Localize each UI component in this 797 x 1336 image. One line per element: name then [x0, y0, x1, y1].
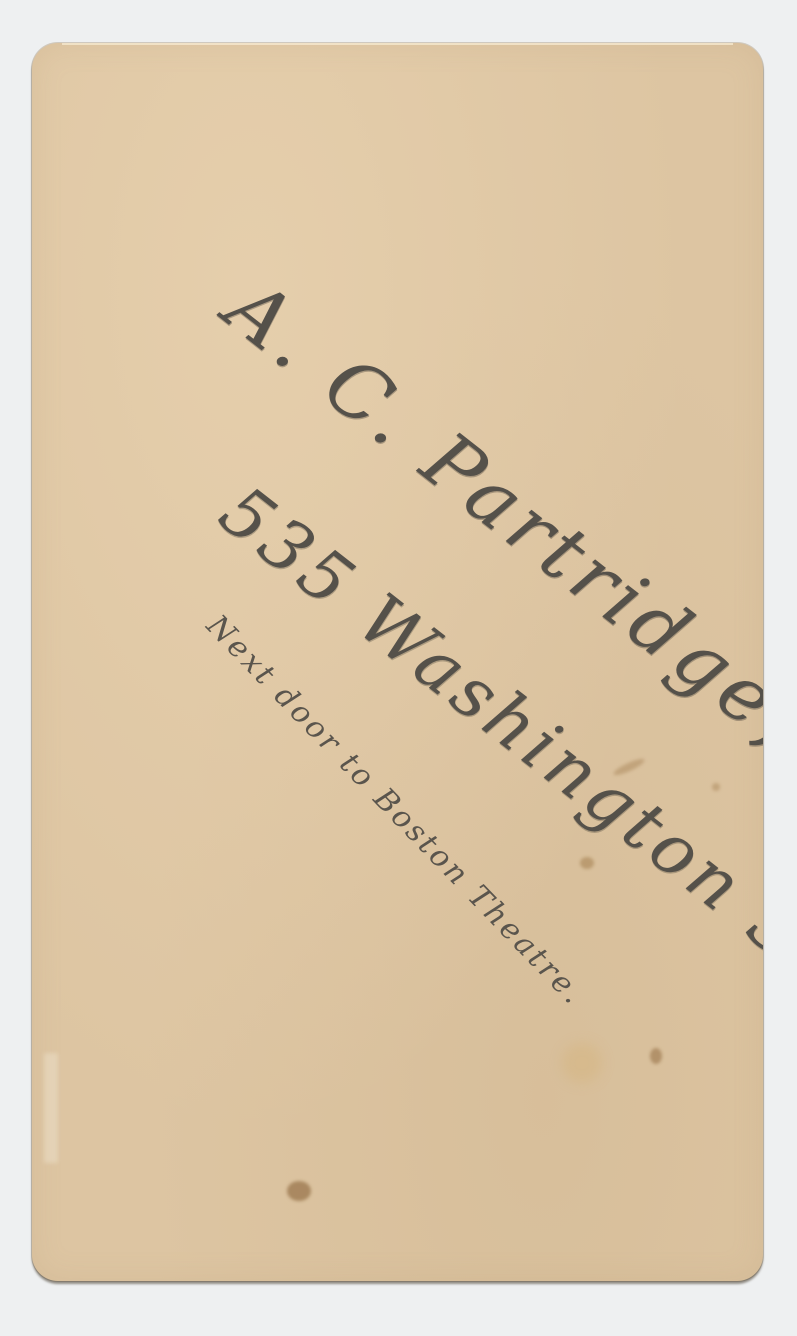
discoloration: [562, 1043, 602, 1083]
foxing-spot: [580, 857, 594, 869]
damage-spot: [287, 1181, 311, 1201]
foxing-spot: [650, 1048, 662, 1064]
faded-mark: [44, 1053, 58, 1163]
studio-address: 535 Washington St.: [205, 470, 763, 1016]
foxing-spot: [712, 783, 720, 791]
card-top-edge: [62, 43, 733, 45]
photo-card-back: A. C. Partridge, 535 Washington St. Next…: [32, 43, 763, 1281]
